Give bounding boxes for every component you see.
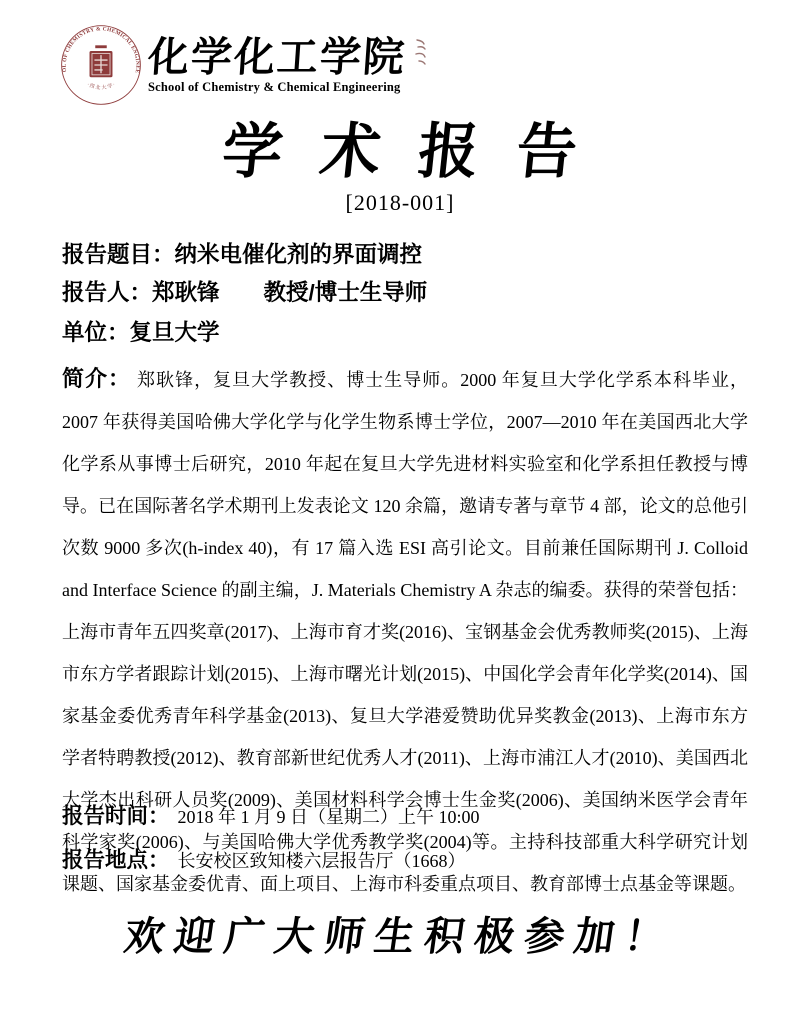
report-venue-value: 长安校区致知楼六层报告厅（1668） — [178, 851, 466, 871]
seal-center-emblem — [90, 45, 113, 77]
report-venue-label: 报告地点： — [62, 848, 170, 872]
report-venue-line: 报告地点：长安校区致知楼六层报告厅（1668） — [62, 843, 466, 874]
doc-number: [2018-001] — [0, 190, 800, 216]
bio-label: 简介： — [62, 366, 131, 391]
page-title: 学术报告 — [0, 104, 800, 190]
affiliation-value: 复旦大学 — [130, 320, 220, 345]
seal-arc-text-bottom: · 西 北 大 学 · — [86, 82, 117, 92]
school-logo: SCHOOL OF CHEMISTRY & CHEMICAL ENGINEERI… — [60, 24, 406, 106]
org-name-block: 化学化工学院 School of Chemistry & Chemical En… — [148, 35, 406, 95]
calligrapher-signature-icon — [414, 37, 428, 67]
welcome-message: 欢迎广大师生积极参加！ — [0, 905, 800, 962]
announcement-page: SCHOOL OF CHEMISTRY & CHEMICAL ENGINEERI… — [0, 0, 800, 1023]
affiliation-line: 单位：复旦大学 — [62, 313, 752, 353]
school-seal-icon: SCHOOL OF CHEMISTRY & CHEMICAL ENGINEERI… — [60, 24, 142, 106]
speaker-title: 教授/博士生导师 — [264, 280, 428, 305]
report-topic-label: 报告题目： — [62, 242, 175, 267]
speaker-label: 报告人： — [62, 280, 152, 305]
org-name-en: School of Chemistry & Chemical Engineeri… — [148, 80, 406, 95]
speaker-line: 报告人：郑耿锋教授/博士生导师 — [62, 274, 752, 312]
org-name-zh: 化学化工学院 — [146, 35, 407, 79]
speaker-name: 郑耿锋 — [152, 280, 220, 305]
report-time-label: 报告时间： — [62, 804, 170, 828]
affiliation-label: 单位： — [62, 320, 130, 345]
report-topic-value: 纳米电催化剂的界面调控 — [175, 242, 423, 267]
report-time-value: 2018 年 1 月 9 日（星期二）上午 10:00 — [178, 807, 480, 827]
meta-section: 报告题目：纳米电催化剂的界面调控 报告人：郑耿锋教授/博士生导师 单位：复旦大学 — [62, 236, 752, 353]
report-topic-line: 报告题目：纳米电催化剂的界面调控 — [62, 236, 752, 274]
report-time-line: 报告时间：2018 年 1 月 9 日（星期二）上午 10:00 — [62, 799, 480, 830]
